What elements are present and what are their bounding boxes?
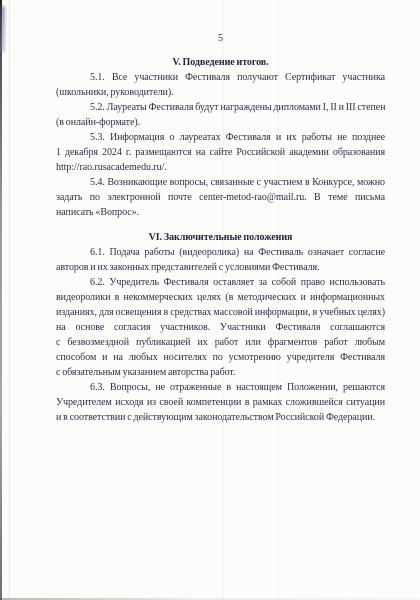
section-heading: V. Подведение итогов. (56, 55, 385, 70)
paragraph: 6.3. Вопросы, не отраженные в настоящем … (56, 380, 385, 425)
document-section: V. Подведение итогов.5.1. Все участники … (56, 55, 385, 220)
text-line: 6.1. Подача работы (видеоролика) на Фест… (56, 245, 385, 260)
document-page: 5 V. Подведение итогов.5.1. Все участник… (0, 0, 420, 600)
text-line: 5.2. Лауреаты Фестиваля будут награждены… (56, 100, 385, 115)
document-section: VI. Заключительные положения6.1. Подача … (56, 230, 385, 425)
text-line: написать «Вопрос». (56, 205, 385, 220)
paragraph: 5.3. Информация о лауреатах Фестиваля и … (56, 130, 385, 175)
scan-left-edge-shadow (0, 0, 2, 600)
text-line: задать по электронной почте center-metod… (56, 190, 385, 205)
document-body: V. Подведение итогов.5.1. Все участники … (56, 55, 385, 425)
text-line: 1 декабря 2024 г. размещаются на сайте Р… (56, 145, 385, 160)
text-line: 6.2. Учредитель Фестиваля оставляет за с… (56, 275, 385, 290)
text-line: и в соответствии с действующим законодат… (56, 410, 385, 425)
text-line: на основе согласия участников. Участники… (56, 320, 385, 335)
scan-corner-smudge (1, 6, 5, 52)
text-line: авторов и их законных представителей с у… (56, 260, 385, 275)
text-line: видеоролики в некоммерческих целях (в ме… (56, 290, 385, 305)
text-line: 5.1. Все участники Фестиваля получают Се… (56, 70, 385, 85)
text-line: 5.3. Информация о лауреатах Фестиваля и … (56, 130, 385, 145)
text-line: 5.4. Возникающие вопросы, связанные с уч… (56, 175, 385, 190)
paragraph: 6.1. Подача работы (видеоролика) на Фест… (56, 245, 385, 275)
text-line: 6.3. Вопросы, не отраженные в настоящем … (56, 380, 385, 395)
text-line: (в онлайн-формате). (56, 115, 385, 130)
text-column: 5 V. Подведение итогов.5.1. Все участник… (56, 31, 385, 425)
text-line: с обязательным указанием авторства работ… (56, 365, 385, 380)
paragraph: 5.4. Возникающие вопросы, связанные с уч… (56, 175, 385, 220)
paragraph: 5.1. Все участники Фестиваля получают Се… (56, 70, 385, 100)
text-line: http://rao.rusacademedu.ru/. (56, 160, 385, 175)
text-line: с безвозмездной публикацией их работ или… (56, 335, 385, 350)
scan-vertical-artifact-line (9, 0, 10, 600)
paragraph: 6.2. Учредитель Фестиваля оставляет за с… (56, 275, 385, 380)
paragraph: 5.2. Лауреаты Фестиваля будут награждены… (56, 100, 385, 130)
text-line: (школьники, руководители). (56, 85, 385, 100)
page-number: 5 (56, 31, 385, 46)
section-heading: VI. Заключительные положения (56, 230, 385, 245)
text-line: изданиях, для освещения в средствах масс… (56, 305, 385, 320)
text-line: Учредителем исходя из своей компетенции … (56, 395, 385, 410)
text-line: способом и на любых носителях по усмотре… (56, 350, 385, 365)
